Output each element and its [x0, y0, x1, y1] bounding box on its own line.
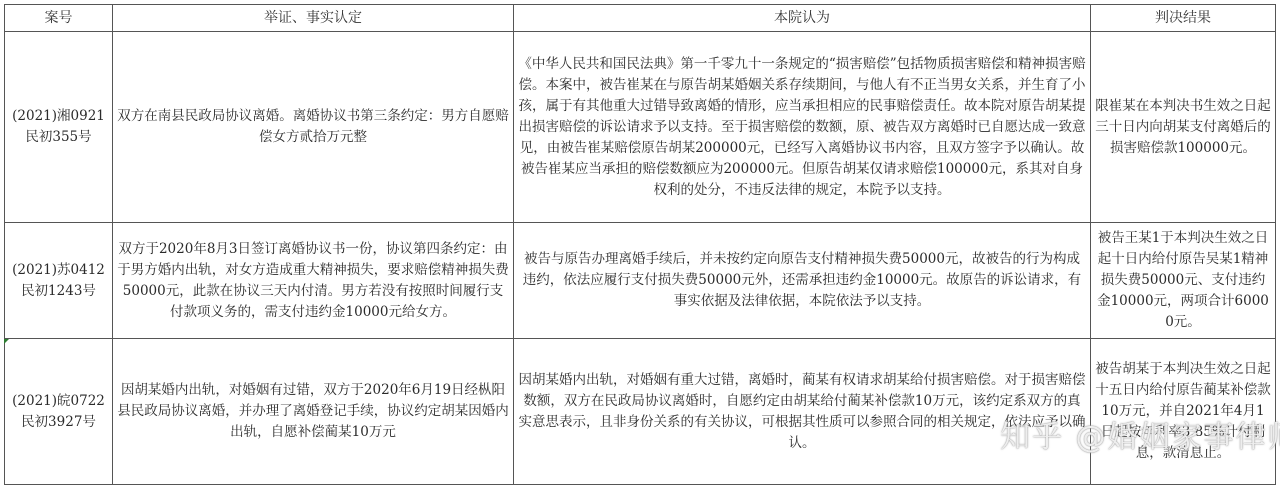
- judgment-cell: 被告胡某于本判决生效之日起十五日内给付原告蔺某补偿款10万元，并自2021年4月…: [1091, 339, 1276, 485]
- case-number-cell: (2021)苏0412民初1243号: [5, 223, 113, 339]
- table-row: (2021)皖0722民初3927号 因胡某婚内出轨，对婚姻有过错，双方于202…: [5, 339, 1276, 485]
- table-header-row: 案号 举证、事实认定 本院认为 判决结果: [5, 5, 1276, 32]
- case-number-cell: (2021)皖0722民初3927号: [5, 339, 113, 485]
- facts-cell: 双方于2020年8月3日签订离婚协议书一份，协议第四条约定：由于男方婚内出轨，对…: [113, 223, 514, 339]
- header-court-opinion: 本院认为: [514, 5, 1091, 32]
- facts-cell: 双方在南县民政局协议离婚。离婚协议书第三条约定：男方自愿赔偿女方贰拾万元整: [113, 32, 514, 223]
- table-row: (2021)湘0921民初355号 双方在南县民政局协议离婚。离婚协议书第三条约…: [5, 32, 1276, 223]
- judgment-cell: 限崔某在本判决书生效之日起三十日内向胡某支付离婚后的损害赔偿款100000元。: [1091, 32, 1276, 223]
- court-opinion-cell: 因胡某婚内出轨，对婚姻有重大过错，离婚时，蔺某有权请求胡某给付损害赔偿。对于损害…: [514, 339, 1091, 485]
- court-opinion-cell: 《中华人民共和国民法典》第一千零九十一条规定的“损害赔偿”包括物质损害赔偿和精神…: [514, 32, 1091, 223]
- judgment-comparison-table: 案号 举证、事实认定 本院认为 判决结果 (2021)湘0921民初355号 双…: [4, 4, 1276, 485]
- header-case-number: 案号: [5, 5, 113, 32]
- table-row: (2021)苏0412民初1243号 双方于2020年8月3日签订离婚协议书一份…: [5, 223, 1276, 339]
- cell-comment-marker-icon: [4, 339, 9, 344]
- case-number-cell: (2021)湘0921民初355号: [5, 32, 113, 223]
- facts-cell: 因胡某婚内出轨，对婚姻有过错，双方于2020年6月19日经枞阳县民政局协议离婚，…: [113, 339, 514, 485]
- court-opinion-cell: 被告与原告办理离婚手续后，并未按约定向原告支付精神损失费50000元，故被告的行…: [514, 223, 1091, 339]
- header-judgment: 判决结果: [1091, 5, 1276, 32]
- judgment-cell: 被告王某1于本判决生效之日起十日内给付原告吴某1精神损失费50000元、支付违约…: [1091, 223, 1276, 339]
- header-facts: 举证、事实认定: [113, 5, 514, 32]
